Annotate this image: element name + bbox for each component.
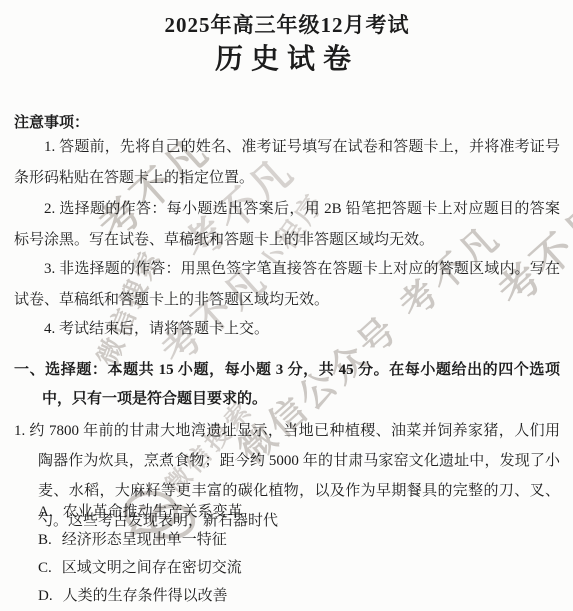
question-number: 1. [14,423,25,439]
option-b-text: 经济形态呈现出单一特征 [62,532,227,548]
option-a: A.农业革命推动生产关系变革 [14,498,560,526]
section-heading: 一、选择题：本题共 15 小题，每小题 3 分，共 45 分。在每小题给出的四个… [14,356,560,414]
option-d-label: D. [38,588,53,604]
option-d: D.人类的生存条件得以改善 [14,582,560,610]
option-c-text: 区域文明之间存在密切交流 [62,560,242,576]
question-1-options: A.农业革命推动生产关系变革 B.经济形态呈现出单一特征 C.区域文明之间存在密… [14,498,560,610]
notice-item-1: 1. 答题前，先将自己的姓名、准考证号填写在试卷和答题卡上，并将准考证号条形码粘… [14,132,560,194]
option-d-text: 人类的生存条件得以改善 [63,588,228,604]
option-a-text: 农业革命推动生产关系变革 [63,504,243,520]
option-c: C.区域文明之间存在密切交流 [14,554,560,582]
notice-item-2: 2. 选择题的作答：每小题选出答案后，用 2B 铅笔把答题卡上对应题目的答案标号… [14,194,560,256]
option-c-label: C. [38,560,52,576]
option-b-label: B. [38,532,52,548]
exam-page: 考不凡 考不凡 考不凡 微信搜索 小程序 微信公众号 考不凡 微信搜索 考不凡 … [0,0,573,611]
option-b: B.经济形态呈现出单一特征 [14,526,560,554]
notice-item-3: 3. 非选择题的作答：用黑色签字笔直接答在答题卡上对应的答题区域内。写在试卷、草… [14,254,560,316]
subject-title: 历史试卷 [14,44,560,75]
exam-title: 2025年高三年级12月考试 [14,10,560,41]
notice-item-4: 4. 考试结束后，请将答题卡上交。 [14,314,560,345]
option-a-label: A. [38,504,53,520]
